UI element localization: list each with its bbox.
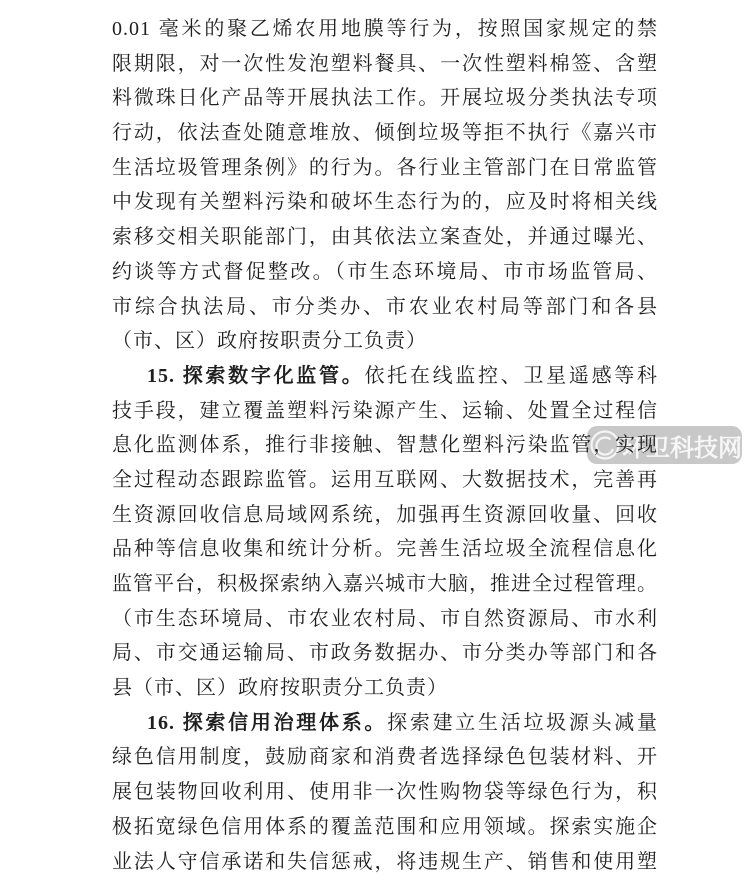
body-text: 全过程动态跟踪监管。运用互联网、大数据技术，完善再 (112, 469, 658, 491)
document-line: 限期限，对一次性发泡塑料餐具、一次性塑料棉签、含塑 (112, 47, 658, 82)
section-heading: 16. 探索信用治理体系。 (147, 712, 387, 734)
document-line: 生资源回收信息局域网系统，加强再生资源回收量、回收 (112, 498, 658, 533)
body-text: 技手段，建立覆盖塑料污染源产生、运输、处置全过程信 (112, 400, 658, 422)
body-text: 0.01 毫米的聚乙烯农用地膜等行为，按照国家规定的禁 (112, 18, 658, 40)
document-line: 监管平台，积极探索纳入嘉兴城市大脑，推进全过程管理。 (112, 567, 658, 602)
document-line: 生活垃圾管理条例》的行为。各行业主管部门在日常监管 (112, 151, 658, 186)
body-text: 中发现有关塑料污染和破坏生态行为的，应及时将相关线 (112, 191, 658, 213)
section-heading: 15. 探索数字化监管。 (147, 365, 364, 387)
document-line: 全过程动态跟踪监管。运用互联网、大数据技术，完善再 (112, 463, 658, 498)
body-text: 索移交相关职能部门，由其依法立案查处，并通过曝光、 (112, 226, 658, 248)
body-text: 极拓宽绿色信用体系的覆盖范围和应用领域。探索实施企 (112, 816, 658, 838)
document-line: 行动，依法查处随意堆放、倾倒垃圾等拒不执行《嘉兴市 (112, 116, 658, 151)
document-line: 料微珠日化产品等开展执法工作。开展垃圾分类执法专项 (112, 81, 658, 116)
document-line: 技手段，建立覆盖塑料污染源产生、运输、处置全过程信 (112, 394, 658, 429)
document-line: 品种等信息收集和统计分析。完善生活垃圾全流程信息化 (112, 532, 658, 567)
body-text: 依托在线监控、卫星遥感等科 (364, 365, 658, 387)
body-text: 限期限，对一次性发泡塑料餐具、一次性塑料棉签、含塑 (112, 53, 658, 75)
document-line: 市综合执法局、市分类办、市农业农村局等部门和各县 (112, 290, 658, 325)
document-line: 业法人守信承诺和失信惩戒，将违规生产、销售和使用塑 (112, 845, 658, 880)
document-line: （市生态环境局、市农业农村局、市自然资源局、市水利 (112, 602, 658, 637)
document-line: 16. 探索信用治理体系。探索建立生活垃圾源头减量 (112, 706, 658, 741)
body-text: 息化监测体系，推行非接触、智慧化塑料污染监管，实现 (112, 434, 658, 456)
document-line: 15. 探索数字化监管。依托在线监控、卫星遥感等科 (112, 359, 658, 394)
body-text: （市生态环境局、市农业农村局、市自然资源局、市水利 (112, 608, 658, 630)
body-text: 品种等信息收集和统计分析。完善生活垃圾全流程信息化 (112, 538, 658, 560)
body-text: 局、市交通运输局、市政务数据办、市分类办等部门和各 (112, 642, 658, 664)
document-page: 环卫科技网 0.01 毫米的聚乙烯农用地膜等行为，按照国家规定的禁限期限，对一次… (0, 0, 750, 891)
body-text: 探索建立生活垃圾源头减量 (387, 712, 658, 734)
document-line: 中发现有关塑料污染和破坏生态行为的，应及时将相关线 (112, 185, 658, 220)
body-text: 业法人守信承诺和失信惩戒，将违规生产、销售和使用塑 (112, 851, 658, 873)
document-text: 0.01 毫米的聚乙烯农用地膜等行为，按照国家规定的禁限期限，对一次性发泡塑料餐… (112, 12, 658, 879)
document-line: 索移交相关职能部门，由其依法立案查处，并通过曝光、 (112, 220, 658, 255)
body-text: 料微珠日化产品等开展执法工作。开展垃圾分类执法专项 (112, 87, 658, 109)
body-text: 生活垃圾管理条例》的行为。各行业主管部门在日常监管 (112, 157, 658, 179)
body-text: 约谈等方式督促整改。（市生态环境局、市市场监管局、 (112, 261, 658, 283)
document-line: 绿色信用制度，鼓励商家和消费者选择绿色包装材料、开 (112, 740, 658, 775)
body-text: 行动，依法查处随意堆放、倾倒垃圾等拒不执行《嘉兴市 (112, 122, 658, 144)
document-line: 0.01 毫米的聚乙烯农用地膜等行为，按照国家规定的禁 (112, 12, 658, 47)
body-text: 县（市、区）政府按职责分工负责） (112, 677, 448, 699)
document-line: 约谈等方式督促整改。（市生态环境局、市市场监管局、 (112, 255, 658, 290)
document-line: 县（市、区）政府按职责分工负责） (112, 671, 658, 706)
document-line: 极拓宽绿色信用体系的覆盖范围和应用领域。探索实施企 (112, 810, 658, 845)
document-line: 局、市交通运输局、市政务数据办、市分类办等部门和各 (112, 636, 658, 671)
body-text: 绿色信用制度，鼓励商家和消费者选择绿色包装材料、开 (112, 746, 658, 768)
document-line: 息化监测体系，推行非接触、智慧化塑料污染监管，实现 (112, 428, 658, 463)
document-line: （市、区）政府按职责分工负责） (112, 324, 658, 359)
body-text: 展包装物回收利用、使用非一次性购物袋等绿色行为，积 (112, 781, 658, 803)
body-text: 生资源回收信息局域网系统，加强再生资源回收量、回收 (112, 504, 658, 526)
body-text: 市综合执法局、市分类办、市农业农村局等部门和各县 (112, 296, 658, 318)
document-line: 展包装物回收利用、使用非一次性购物袋等绿色行为，积 (112, 775, 658, 810)
body-text: （市、区）政府按职责分工负责） (112, 330, 427, 352)
body-text: 监管平台，积极探索纳入嘉兴城市大脑，推进全过程管理。 (112, 573, 658, 595)
